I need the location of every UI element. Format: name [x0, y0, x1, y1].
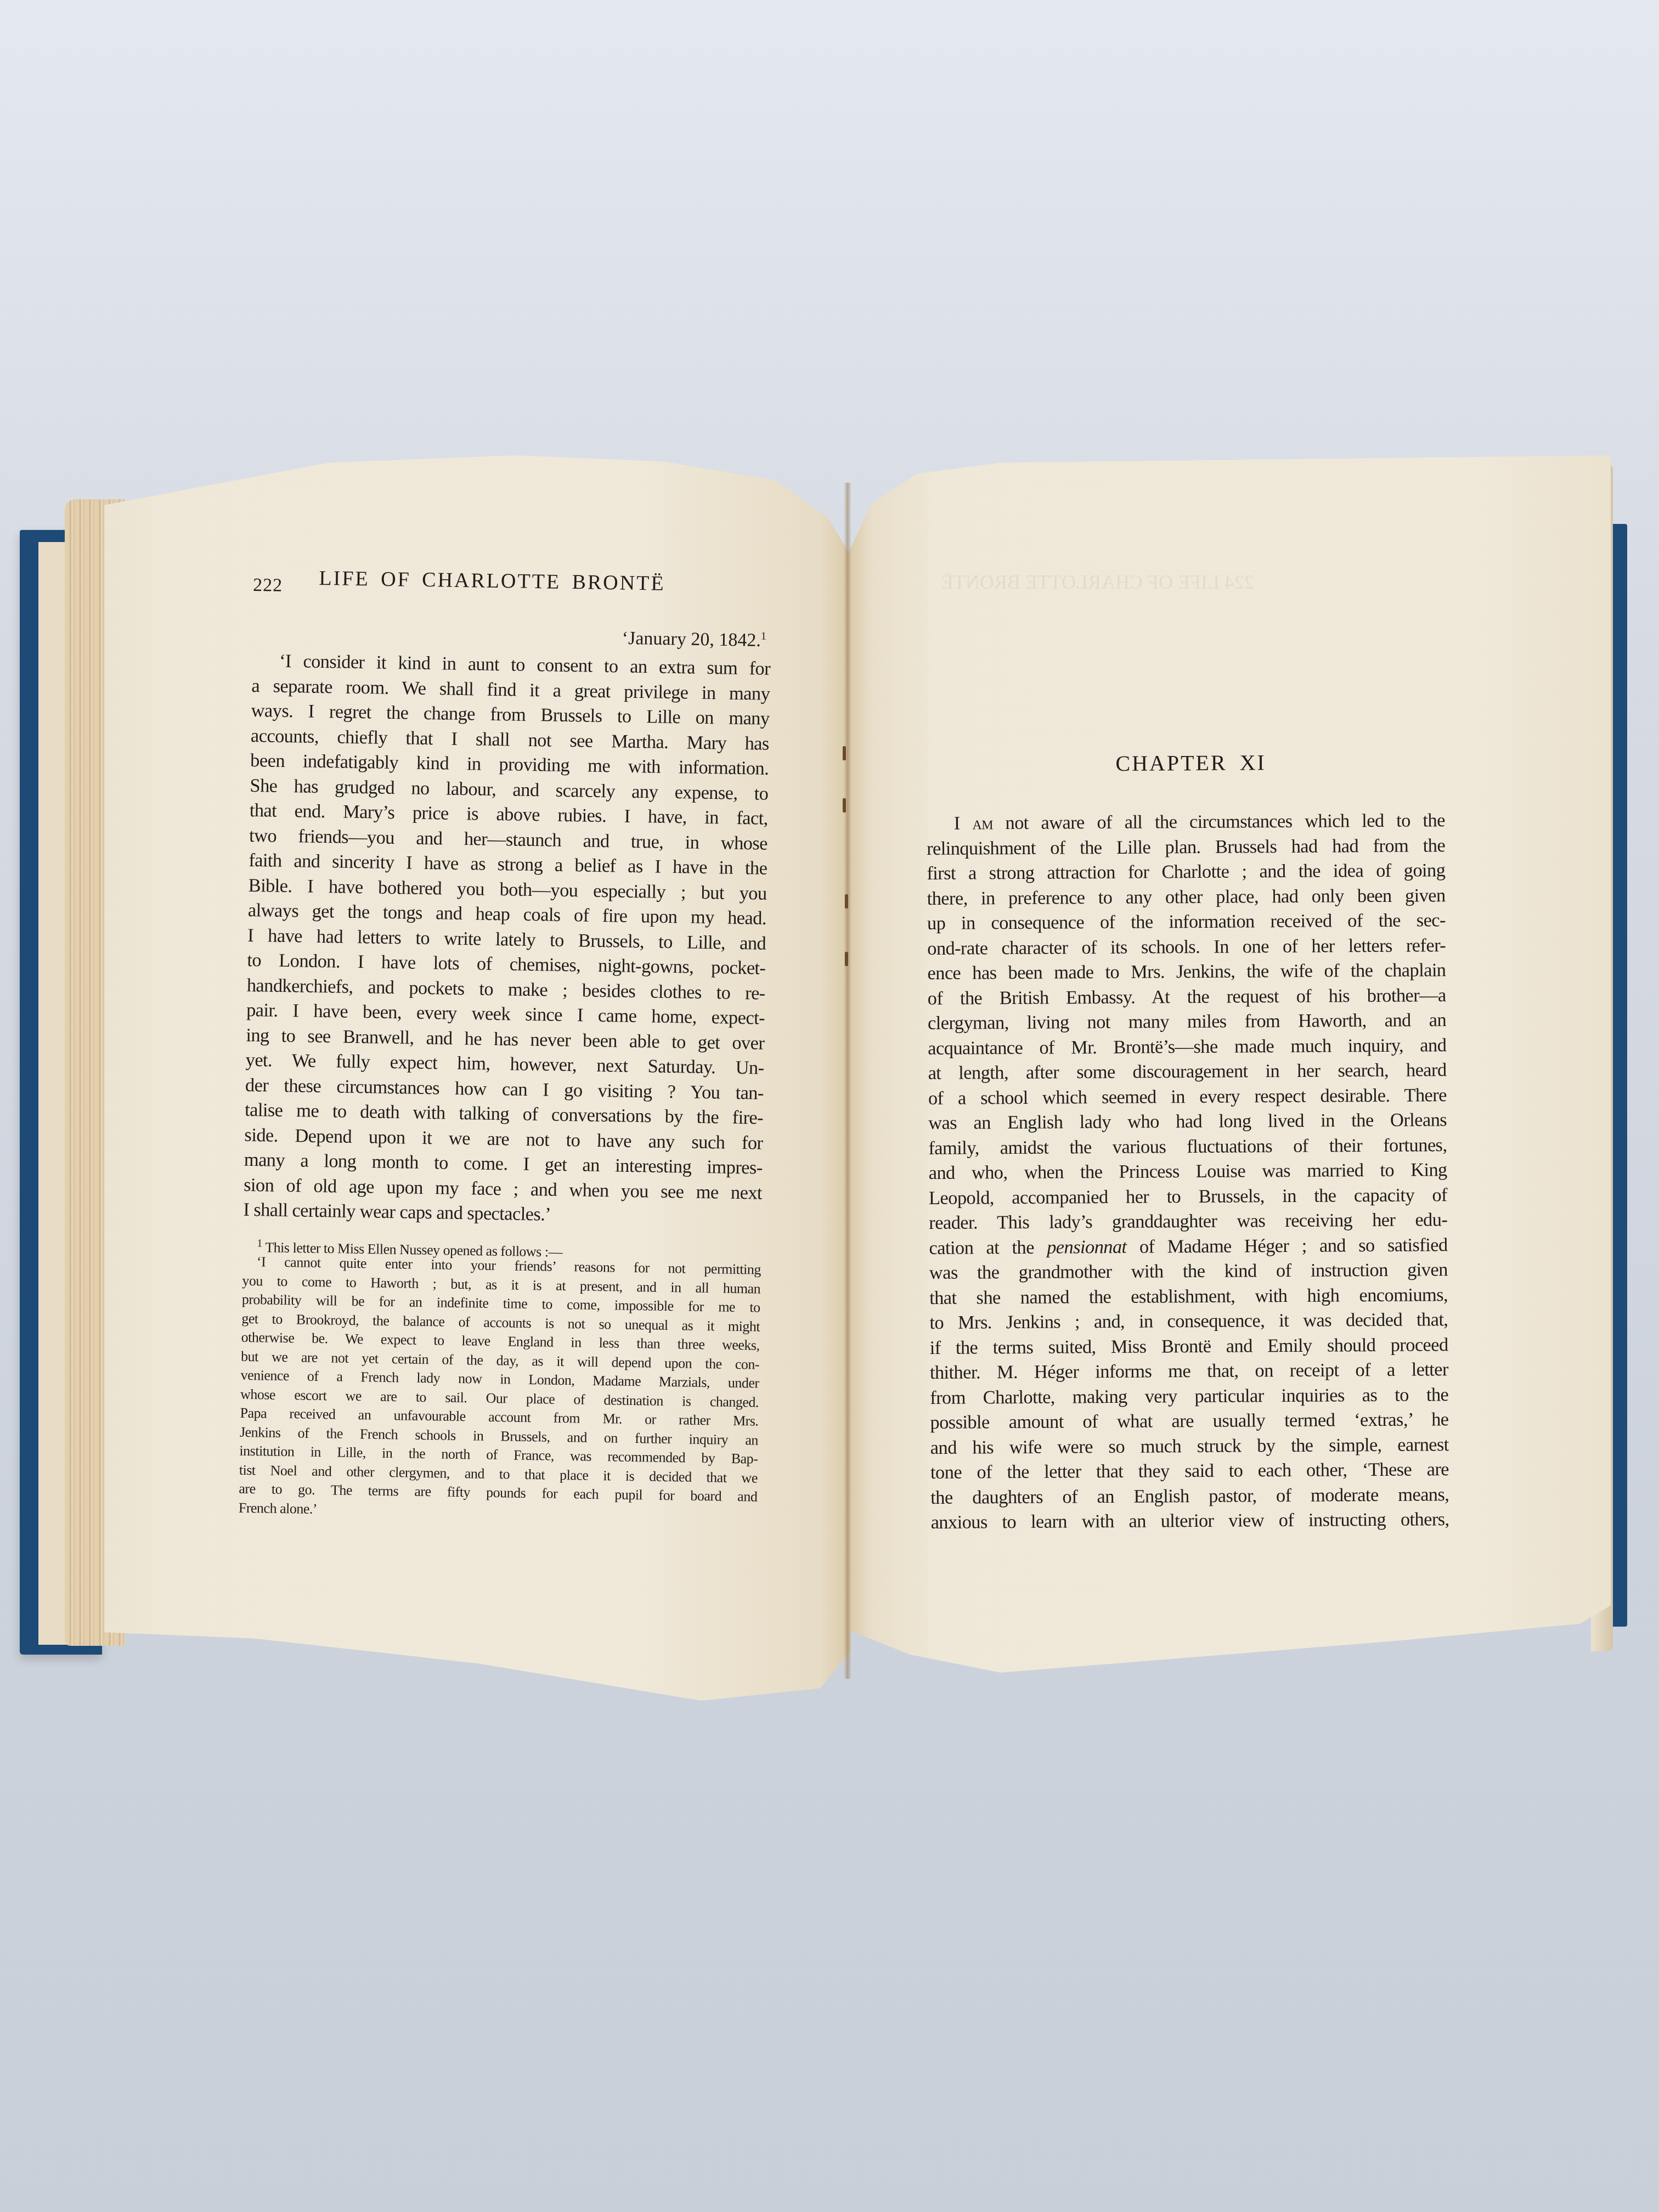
text-line: reader. This lady’s granddaughter was re… [929, 1207, 1447, 1235]
book-gutter [844, 483, 851, 1679]
opening-smallcaps: am [972, 812, 993, 833]
text-line: was the grandmother with the kind of ins… [929, 1257, 1448, 1285]
chapter-heading: CHAPTER XI [926, 748, 1444, 777]
text-line: of the British Embassy. At the request o… [928, 983, 1446, 1011]
binding-thread [845, 894, 848, 909]
text-line: thither. M. Héger informs me that, on re… [930, 1357, 1448, 1385]
text-span: cation at the [929, 1237, 1047, 1258]
text-line: first a strong attraction for Charlotte … [927, 858, 1445, 886]
right-page-text: CHAPTER XI I am not aware of all the cir… [926, 748, 1449, 1535]
text-line: possible amount of what are usually term… [930, 1407, 1448, 1435]
running-title: LIFE OF CHARLOTTE BRONTË [319, 566, 665, 596]
text-line: was an English lady who had long lived i… [928, 1108, 1447, 1136]
binding-thread [843, 798, 846, 812]
text-line: and his wife were so much struck by the … [930, 1432, 1449, 1460]
page-number: 222 [253, 575, 283, 596]
text-line: ond-rate character of its schools. In on… [927, 933, 1446, 961]
text-line: anxious to learn with an ulterior view o… [930, 1507, 1449, 1535]
text-line: Leopold, accompanied her to Brussels, in… [929, 1183, 1447, 1211]
text-span: of Madame Héger ; and so satisfied [1126, 1234, 1447, 1257]
chapter-body: I am not aware of all the circumstances … [927, 808, 1449, 1535]
text-line: at length, after some discouragement in … [928, 1058, 1446, 1086]
footnote: 1 This letter to Miss Ellen Nussey opene… [239, 1233, 761, 1525]
opening-word: I [954, 813, 960, 834]
text-line: to Mrs. Jenkins ; and, in consequence, i… [929, 1307, 1448, 1335]
text-line: I am not aware of all the circumstances … [927, 808, 1445, 836]
left-page-text: 222 LIFE OF CHARLOTTE BRONTË ‘January 20… [239, 560, 772, 1526]
first-line-rest: not aware of all the circumstances which… [993, 810, 1445, 833]
text-line: acquaintance of Mr. Brontë’s—she made mu… [928, 1033, 1446, 1061]
footnote-reference: 1 [761, 630, 766, 642]
text-line: ence has been made to Mrs. Jenkins, the … [927, 958, 1446, 986]
photo-scene: 224 LIFE OF CHARLOTTE BRONTË 222 LIFE OF… [0, 0, 1659, 2212]
footnote-marker: 1 [257, 1237, 262, 1249]
show-through-text: 224 LIFE OF CHARLOTTE BRONTË [941, 571, 1254, 594]
text-line: if the terms suited, Miss Brontë and Emi… [930, 1333, 1448, 1361]
text-line: of a school which seemed in every respec… [928, 1083, 1447, 1111]
book-cover-right [1612, 524, 1627, 1627]
text-line: family, amidst the various fluctuations … [928, 1133, 1447, 1161]
binding-thread [843, 746, 846, 760]
text-line: from Charlotte, making very particular i… [930, 1383, 1448, 1410]
binding-thread [845, 952, 848, 966]
text-line: cation at the pensionnat of Madame Héger… [929, 1233, 1447, 1261]
text-line: relinquishment of the Lille plan. Brusse… [927, 833, 1445, 861]
italic-term: pensionnat [1047, 1236, 1127, 1257]
text-line: up in consequence of the information rec… [927, 908, 1446, 936]
letter-body: ‘I consider it kind in aunt to consent t… [243, 648, 770, 1231]
running-head: 222 LIFE OF CHARLOTTE BRONTË [253, 560, 772, 612]
text-line: there, in preference to any other place,… [927, 883, 1445, 911]
text-line: tone of the letter that they said to eac… [930, 1457, 1449, 1485]
text-line: clergyman, living not many miles from Ha… [928, 1008, 1446, 1036]
text-line: and who, when the Princess Louise was ma… [929, 1158, 1447, 1186]
letter-date-text: ‘January 20, 1842. [622, 628, 761, 651]
text-line: the daughters of an English pastor, of m… [930, 1482, 1449, 1510]
text-line: that she named the establishment, with h… [929, 1283, 1448, 1311]
